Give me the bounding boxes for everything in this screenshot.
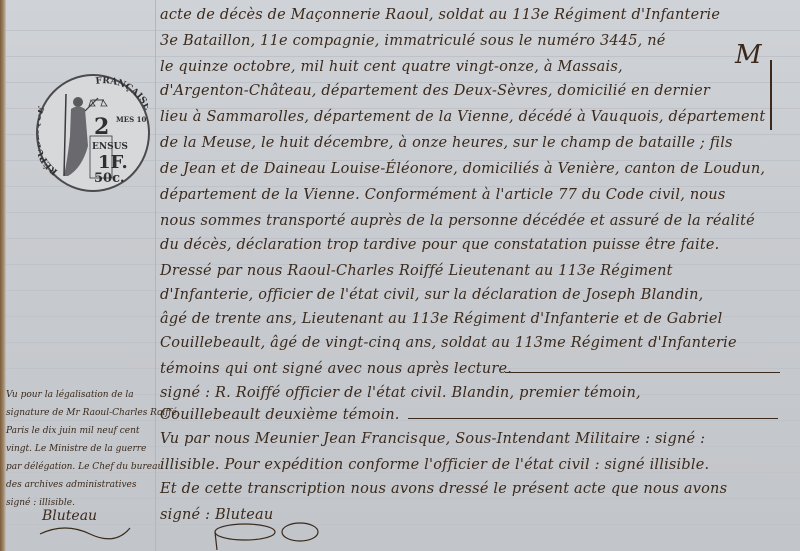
margin-note-line: Paris le dix juin mil neuf cent: [6, 422, 139, 440]
body-line: d'Argenton-Château, département des Deux…: [160, 78, 710, 104]
body-line: le quinze octobre, mil huit cent quatre …: [160, 54, 623, 80]
body-line: Dressé par nous Raoul-Charles Roiffé Lie…: [160, 258, 673, 284]
margin-note-line: vingt. Le Ministre de la guerre: [6, 440, 146, 458]
body-line: âgé de trente ans, Lieutenant au 113e Ré…: [160, 306, 723, 332]
body-line: 3e Bataillon, 11e compagnie, immatriculé…: [160, 28, 666, 54]
stamp-value-sub: MES 10: [116, 116, 146, 124]
stamp-figure-icon: RÉPUBLIQUE FRANÇAISE: [38, 76, 148, 190]
body-line: Vu par nous Meunier Jean Francisque, Sou…: [160, 426, 705, 452]
register-page: RÉPUBLIQUE FRANÇAISE 2 MES 10 ENSUS 1F. …: [0, 0, 800, 551]
fiscal-stamp: RÉPUBLIQUE FRANÇAISE 2 MES 10 ENSUS 1F. …: [36, 74, 150, 192]
body-line: nous sommes transporté auprès de la pers…: [160, 208, 755, 234]
stamp-value-cents: 50c.: [94, 172, 125, 185]
body-line: Couillebeault, âgé de vingt-cinq ans, so…: [160, 330, 737, 356]
body-line: témoins qui ont signé avec nous après le…: [160, 356, 512, 382]
body-line: Couillebeault deuxième témoin.: [160, 402, 400, 428]
stamp-value-main: 2: [94, 116, 109, 138]
margin-paraphe: M: [735, 40, 762, 70]
stamp-ensus: ENSUS: [92, 142, 128, 152]
body-line: acte de décès de Maçonnerie Raoul, solda…: [160, 2, 720, 28]
body-line: du décès, déclaration trop tardive pour …: [160, 232, 719, 258]
margin-note-line: par délégation. Le Chef du bureau: [6, 458, 163, 476]
closing-stroke: [505, 372, 780, 373]
margin-note-line: Vu pour la légalisation de la: [6, 386, 134, 404]
margin-note-line: signature de Mr Raoul-Charles Roiffé: [6, 404, 177, 422]
body-line: de la Meuse, le huit décembre, à onze he…: [160, 130, 733, 156]
signature-flourish-icon: [35, 520, 135, 548]
body-line: d'Infanterie, officier de l'état civil, …: [160, 282, 703, 308]
body-line: illisible. Pour expédition conforme l'of…: [160, 452, 709, 478]
svg-text:RÉPUBLIQUE: RÉPUBLIQUE: [38, 105, 60, 176]
signature-flourish-icon: [205, 520, 335, 550]
body-line: département de la Vienne. Conformément à…: [160, 182, 725, 208]
svg-text:FRANÇAISE: FRANÇAISE: [95, 76, 148, 112]
stamp-value-franc: 1F.: [98, 154, 128, 172]
margin-note-line: des archives administratives: [6, 476, 136, 494]
closing-stroke: [408, 418, 778, 419]
body-line: de Jean et de Daineau Louise-Éléonore, d…: [160, 156, 765, 182]
margin-bracket: [762, 60, 772, 130]
body-line: Et de cette transcription nous avons dre…: [160, 476, 727, 502]
body-line: lieu à Sammarolles, département de la Vi…: [160, 104, 765, 130]
